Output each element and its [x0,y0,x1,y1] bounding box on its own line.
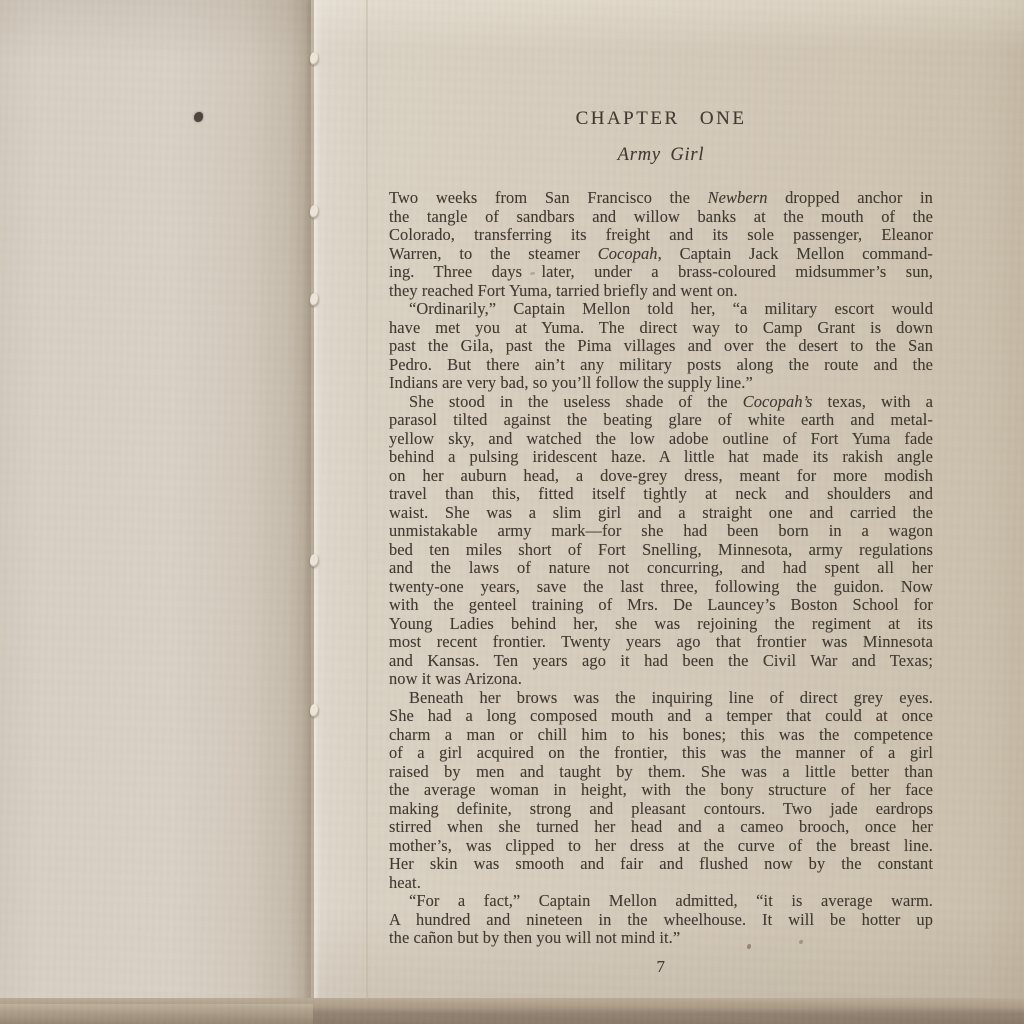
text-line: now it was Arizona. [389,670,933,689]
text-line: raised by men and taught by them. She wa… [389,763,933,782]
text-line: of a girl acquired on the frontier, this… [389,744,933,763]
text-line: She stood in the useless shade of the Co… [389,393,933,412]
paragraph: “Ordinarily,” Captain Mellon told her, “… [389,300,933,393]
text-line: unmistakable army mark—for she had been … [389,522,933,541]
text-line: Colorado, transferring its freight and i… [389,226,933,245]
text-line: twenty-one years, save the last three, f… [389,578,933,597]
text-line: on her auburn head, a dove-grey dress, m… [389,467,933,486]
paragraph: Two weeks from San Francisco the Newbern… [389,189,933,300]
book-bottom-edge-left [0,1004,313,1024]
text-line: stirred when she turned her head and a c… [389,818,933,837]
text-line: Pedro. But there ain’t any military post… [389,356,933,375]
text-line: past the Gila, past the Pima villages an… [389,337,933,356]
text-line: A hundred and nineteen in the wheelhouse… [389,911,933,930]
binding-gutter [311,0,314,1008]
text-line: waist. She was a slim girl and a straigh… [389,504,933,523]
paragraph: Beneath her brows was the inquiring line… [389,689,933,893]
text-line: She had a long composed mouth and a temp… [389,707,933,726]
chapter-heading: CHAPTER ONE [389,107,933,130]
text-line: travel than this, fitted itself tightly … [389,485,933,504]
text-line: mother’s, was clipped to her dress at th… [389,837,933,856]
text-line: Indians are very bad, so you’ll follow t… [389,374,933,393]
text-line: and the laws of nature not concurring, a… [389,559,933,578]
text-line: “Ordinarily,” Captain Mellon told her, “… [389,300,933,319]
paragraph: “For a fact,” Captain Mellon admitted, “… [389,892,933,948]
text-line: ing. Three days later, under a brass-col… [389,263,933,282]
text-line: with the genteel training of Mrs. De Lau… [389,596,933,615]
text-line: Young Ladies behind her, she was rejoini… [389,615,933,634]
text-line: behind a pulsing iridescent haze. A litt… [389,448,933,467]
text-line: Beneath her brows was the inquiring line… [389,689,933,708]
left-page [0,0,313,1008]
printed-page: CHAPTER ONE Army Girl Two weeks from San… [389,107,933,976]
text-line: making definite, strong and pleasant con… [389,800,933,819]
text-line: “For a fact,” Captain Mellon admitted, “… [389,892,933,911]
text-line: Her skin was smooth and fair and flushed… [389,855,933,874]
text-line: charm a man or chill him to his bones; t… [389,726,933,745]
text-line: the tangle of sandbars and willow banks … [389,208,933,227]
text-line: parasol tilted against the beating glare… [389,411,933,430]
book-photo: CHAPTER ONE Army Girl Two weeks from San… [0,0,1024,1024]
text-line: Warren, to the steamer Cocopah, Captain … [389,245,933,264]
text-line: yellow sky, and watched the low adobe ou… [389,430,933,449]
text-line: and Kansas. Ten years ago it had been th… [389,652,933,671]
page-fold-line [366,0,368,1008]
page-text: Two weeks from San Francisco the Newbern… [389,189,933,948]
page-number: 7 [389,957,933,976]
text-line: bed ten miles short of Fort Snelling, Mi… [389,541,933,560]
text-line: the average woman in height, with the bo… [389,781,933,800]
text-line: the cañon but by then you will not mind … [389,929,933,948]
text-line: they reached Fort Yuma, tarried briefly … [389,282,933,301]
section-title: Army Girl [389,144,933,166]
text-line: Two weeks from San Francisco the Newbern… [389,189,933,208]
paragraph: She stood in the useless shade of the Co… [389,393,933,689]
text-line: heat. [389,874,933,893]
text-line: have met you at Yuma. The direct way to … [389,319,933,338]
text-line: most recent frontier. Twenty years ago t… [389,633,933,652]
